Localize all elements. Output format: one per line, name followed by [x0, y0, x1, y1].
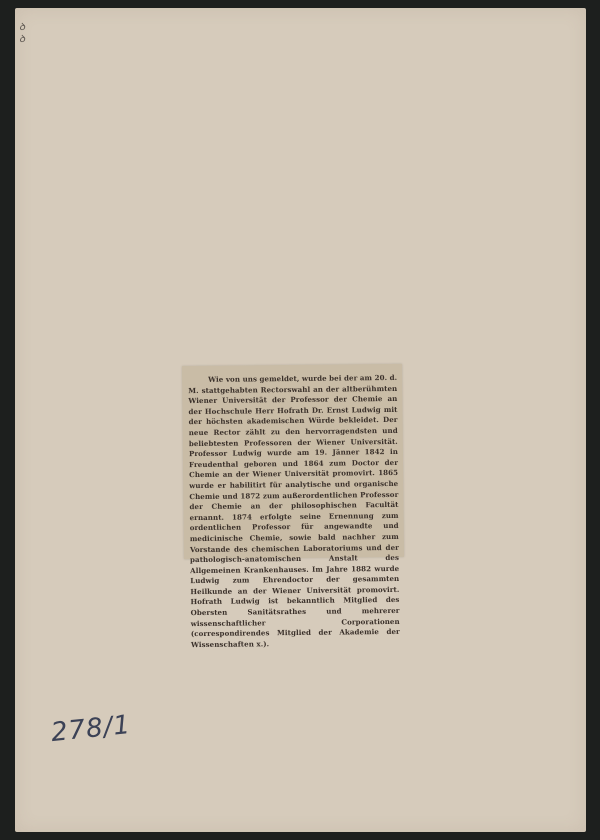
corner-mark: ꝺ [19, 22, 35, 34]
handwritten-shelfmark: 278/1 [50, 710, 133, 748]
corner-mark: ꝺ [19, 34, 35, 46]
newspaper-clipping: Wie von uns gemeldet, wurde bei der am 2… [182, 364, 404, 559]
archival-sheet: ꝺ ꝺ Wie von uns gemeldet, wurde bei der … [15, 8, 586, 832]
corner-pencil-marks: ꝺ ꝺ [19, 22, 35, 46]
clipping-text: Wie von uns gemeldet, wurde bei der am 2… [188, 373, 400, 651]
